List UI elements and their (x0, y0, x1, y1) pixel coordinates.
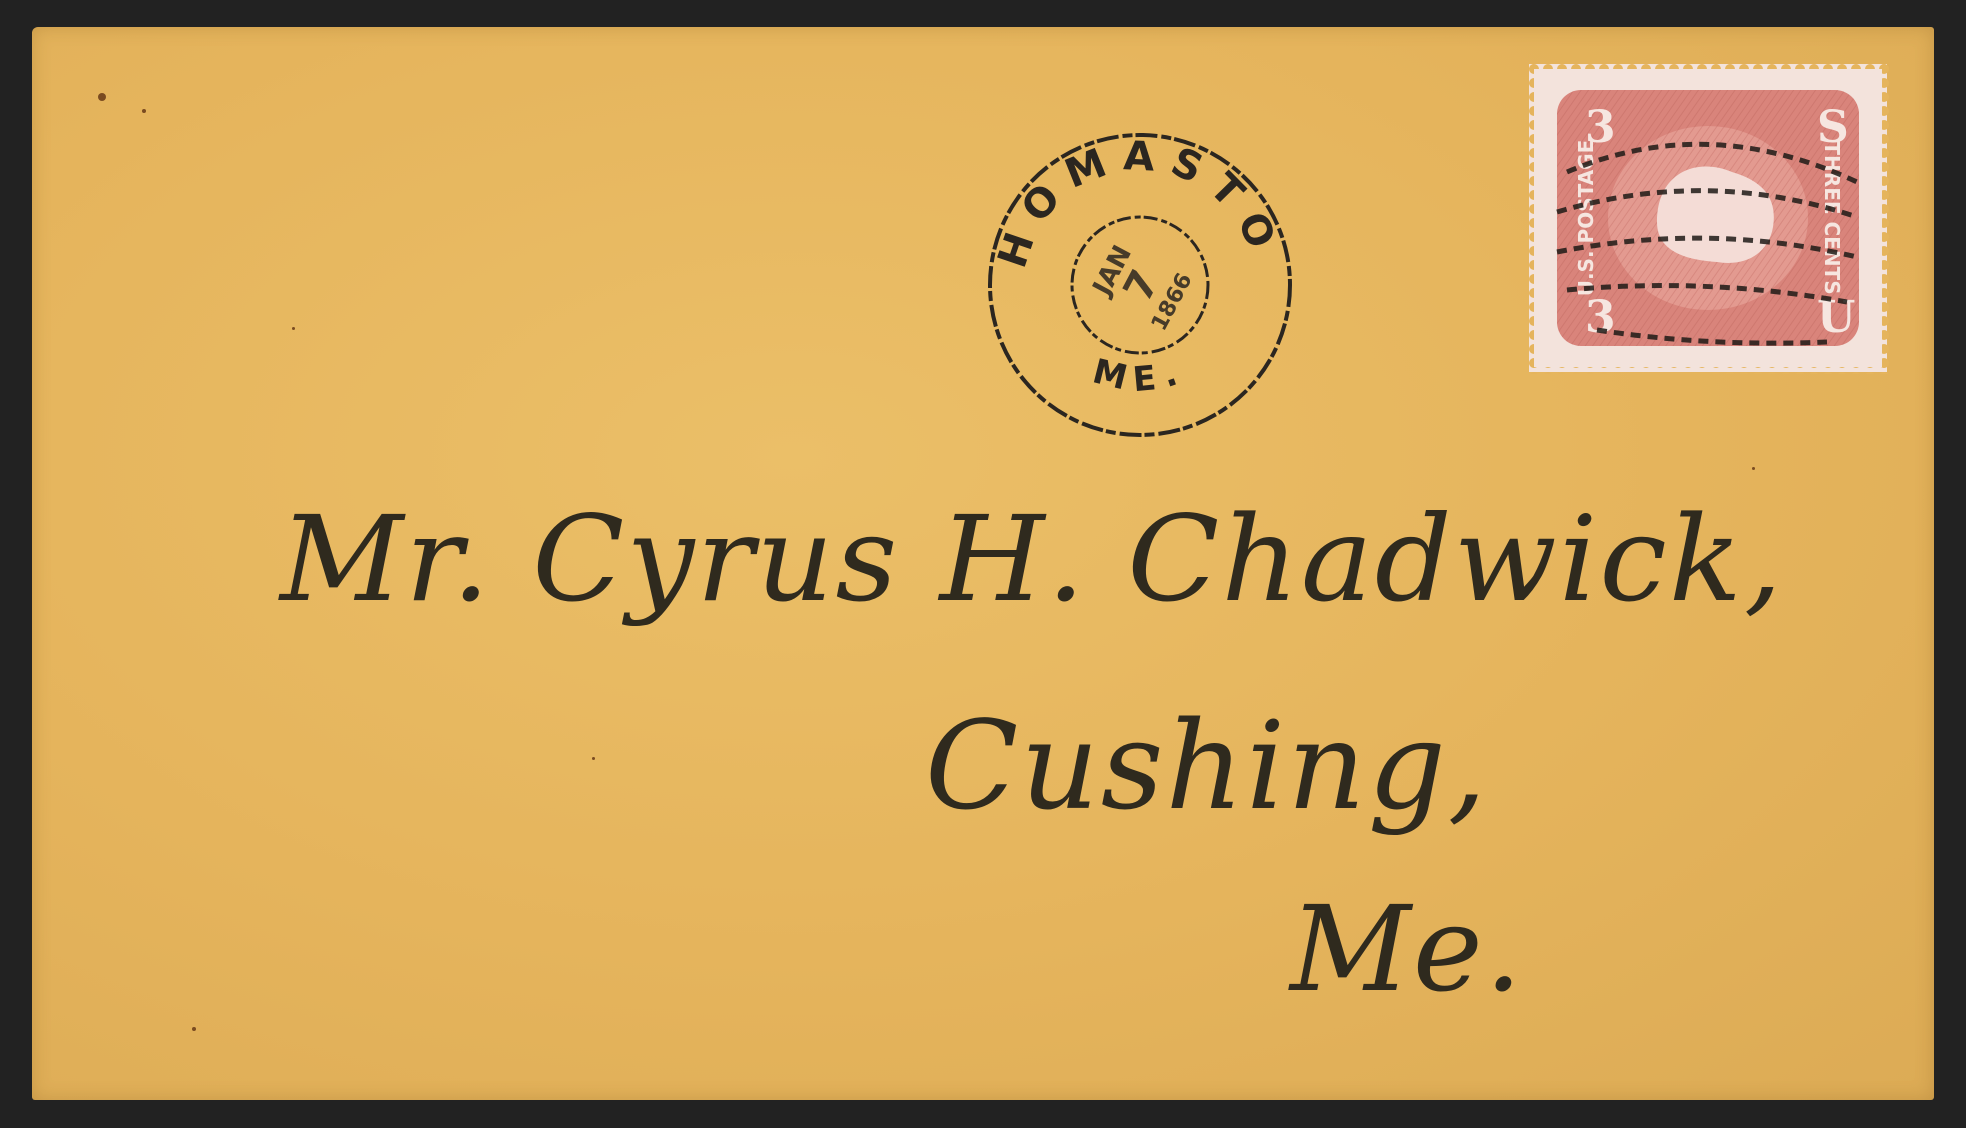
circular-datestamp: THOMASTON ME. JAN 7 1866 (985, 130, 1295, 440)
ink-speck (292, 327, 295, 330)
address-state: Me. (1290, 880, 1524, 1018)
stamp-corner-bl: 3 (1585, 292, 1616, 343)
postage-stamp: 3 S 3 U U.S. POSTAGE THREE CENTS (1527, 62, 1889, 374)
postmark-town: THOMASTON (985, 130, 1289, 273)
address-town: Cushing, (925, 695, 1489, 837)
svg-text:THOMASTON: THOMASTON (985, 130, 1289, 273)
ink-speck (592, 757, 595, 760)
stamp-label-right: THREE CENTS (1820, 141, 1844, 294)
ink-speck (98, 93, 106, 101)
ink-speck (192, 1027, 196, 1031)
ink-speck (1752, 467, 1755, 470)
postmark-state: ME. (1089, 351, 1192, 401)
svg-text:ME.: ME. (1089, 351, 1192, 401)
ink-speck (142, 109, 146, 113)
address-recipient: Mr. Cyrus H. Chadwick, (280, 490, 1784, 628)
